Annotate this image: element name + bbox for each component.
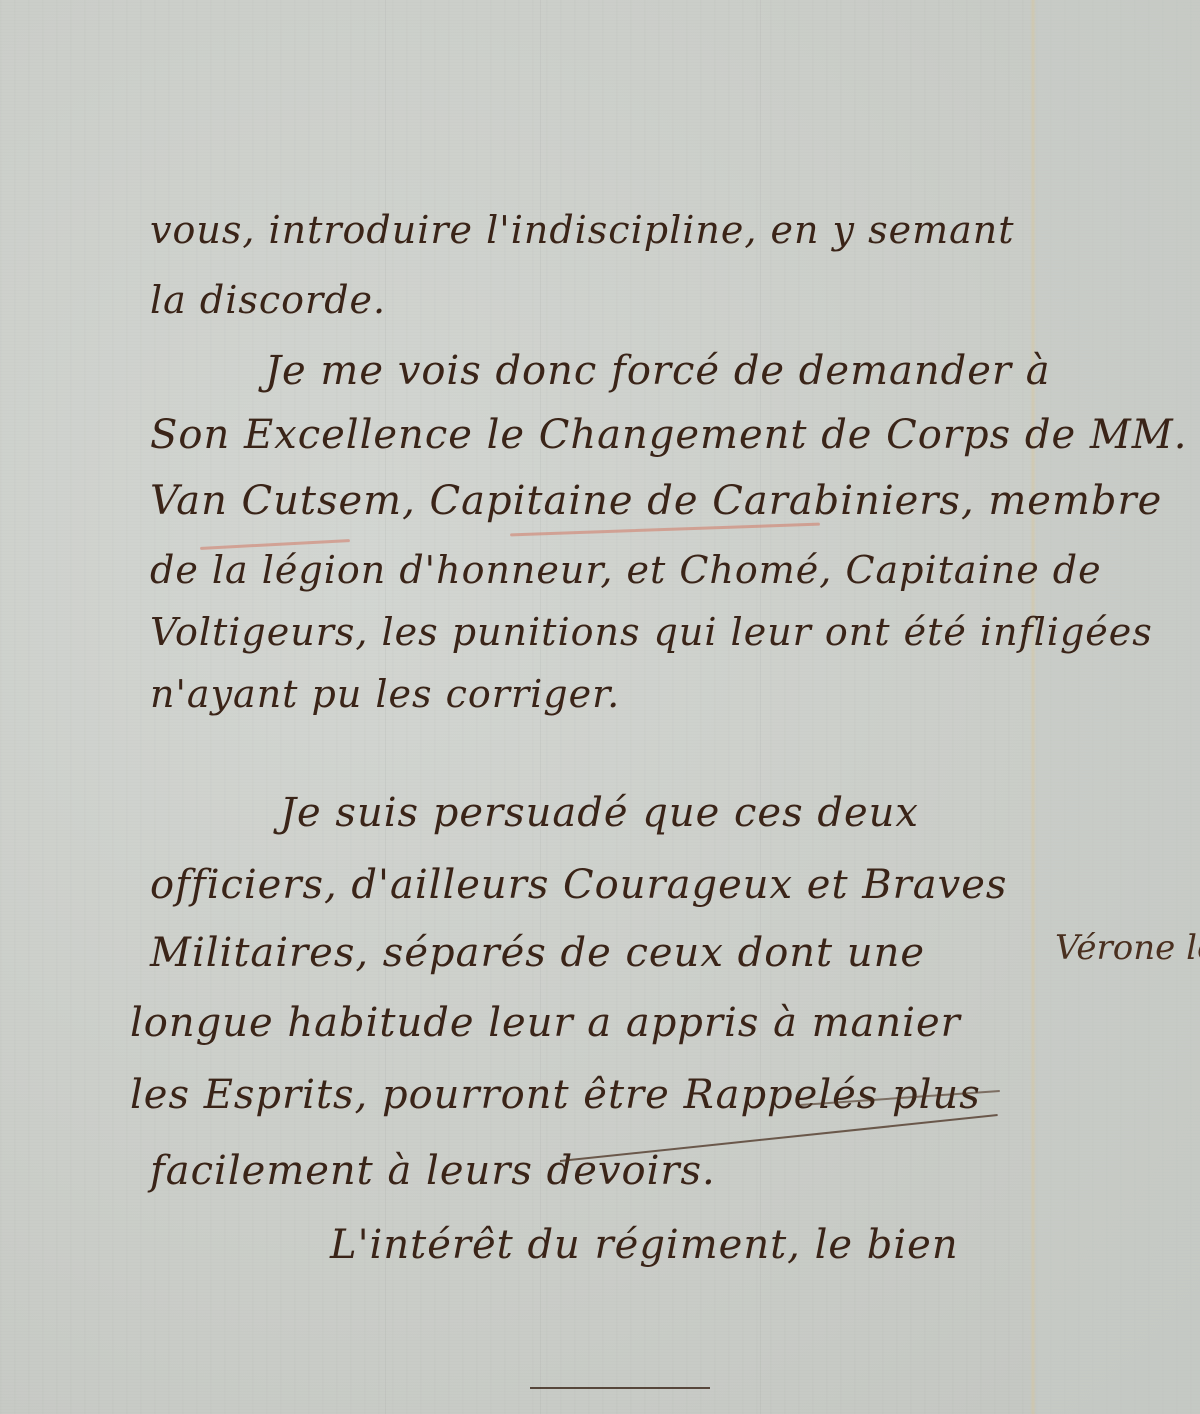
letter-line: Militaires, séparés de ceux dont une: [150, 930, 925, 976]
adjacent-page: [1036, 0, 1200, 1414]
letter-line: Son Excellence le Changement de Corps de…: [150, 412, 1187, 458]
letter-line: officiers, d'ailleurs Courageux et Brave…: [150, 862, 1007, 908]
letter-line: Van Cutsem, Capitaine de Carabiniers, me…: [150, 478, 1162, 524]
letter-line: Je me vois donc forcé de demander à: [265, 348, 1051, 394]
letter-line: vous, introduire l'indiscipline, en y se…: [150, 208, 1015, 252]
letter-line: les Esprits, pourront être Rappelés plus: [130, 1072, 981, 1118]
letter-line: longue habitude leur a appris à manier: [130, 1000, 961, 1046]
red-pencil-underline: [510, 523, 820, 537]
letter-line: facilement à leurs devoirs.: [150, 1148, 716, 1194]
letter-line: la discorde.: [150, 278, 386, 322]
letter-line: L'intérêt du régiment, le bien: [330, 1222, 959, 1268]
letter-line: Voltigeurs, les punitions qui leur ont é…: [150, 610, 1153, 654]
margin-note: Vérone le: [1055, 928, 1200, 968]
closing-rule: [530, 1387, 710, 1389]
letter-line: Je suis persuadé que ces deux: [280, 790, 919, 836]
letter-body: vous, introduire l'indiscipline, en y se…: [0, 0, 1030, 1414]
fold-crease: [1030, 0, 1036, 1414]
pen-flourish: [560, 1114, 998, 1162]
letter-line: de la légion d'honneur, et Chomé, Capita…: [150, 548, 1102, 592]
letter-line: n'ayant pu les corriger.: [150, 672, 620, 716]
